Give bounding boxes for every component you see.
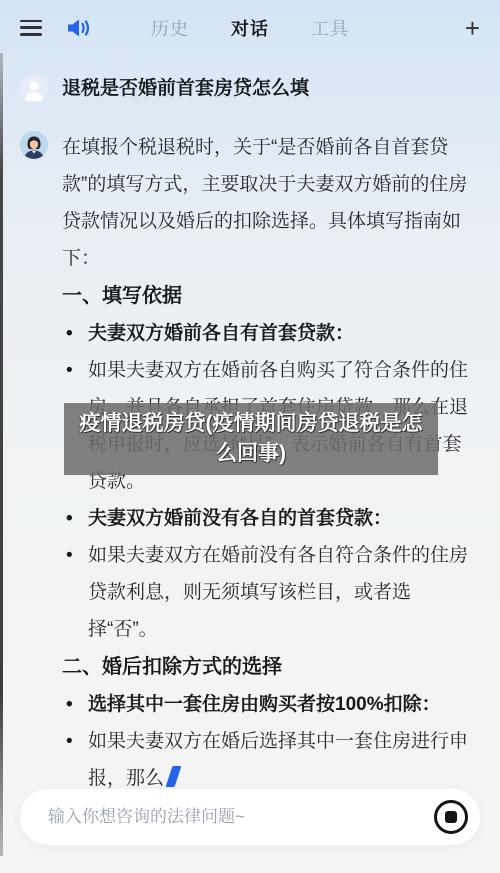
section-1-bullets: 夫妻双方婚前各自有首套贷款： 如果夫妻双方在婚前各自购买了符合条件的住房，并且各… xyxy=(62,315,478,648)
user-message-text: 退税是否婚前首套房贷怎么填 xyxy=(62,73,309,105)
tab-history[interactable]: 历史 xyxy=(151,15,189,41)
speaker-icon[interactable] xyxy=(66,16,92,40)
section-heading-2: 二、婚后扣除方式的选择 xyxy=(62,649,478,686)
bullet-text: 如果夫妻双方在婚后选择其中一套住房进行申报，那么 xyxy=(88,731,468,789)
lawyer-avatar-image xyxy=(20,131,48,159)
top-bar: 历史 对话 工具 + xyxy=(0,0,500,55)
watermark-text: 疫情退税房贷(疫情期间房贷退税是怎么回事) xyxy=(74,409,428,469)
message-input[interactable] xyxy=(48,807,434,827)
watermark-overlay: 疫情退税房贷(疫情期间房贷退税是怎么回事) xyxy=(64,403,438,475)
bullet-item: 夫妻双方婚前各自有首套贷款： xyxy=(62,315,478,352)
user-avatar xyxy=(20,75,48,103)
video-edge-strip xyxy=(0,53,3,856)
stop-generating-button[interactable] xyxy=(434,800,468,834)
bullet-item: 如果夫妻双方在婚后选择其中一套住房进行申报，那么 xyxy=(62,723,478,797)
user-message-row: 退税是否婚前首套房贷怎么填 xyxy=(20,73,478,105)
assistant-intro: 在填报个税退税时，关于“是否婚前各自首套贷款”的填写方式，主要取决于夫妻双方婚前… xyxy=(62,129,478,277)
new-chat-icon[interactable]: + xyxy=(465,15,480,41)
section-heading-1: 一、填写依据 xyxy=(62,278,478,315)
assistant-avatar xyxy=(20,131,48,159)
typing-cursor xyxy=(166,766,182,787)
tab-dialog[interactable]: 对话 xyxy=(231,15,269,41)
tab-tools[interactable]: 工具 xyxy=(311,15,349,41)
menu-icon[interactable] xyxy=(20,20,42,36)
section-2-bullets: 选择其中一套住房由购买者按100%扣除： 如果夫妻双方在婚后选择其中一套住房进行… xyxy=(62,686,478,797)
stop-icon xyxy=(445,811,457,823)
person-icon xyxy=(20,75,48,103)
app-screen: 历史 对话 工具 + 退税是否婚前首套房贷怎么填 xyxy=(0,0,500,873)
message-input-bar xyxy=(20,789,480,845)
bullet-item: 夫妻双方婚前没有各自的首套贷款： xyxy=(62,500,478,537)
bullet-item: 如果夫妻双方在婚前没有各自符合条件的住房贷款利息，则无须填写该栏目，或者选择“否… xyxy=(62,537,478,648)
bullet-item: 选择其中一套住房由购买者按100%扣除： xyxy=(62,686,478,723)
